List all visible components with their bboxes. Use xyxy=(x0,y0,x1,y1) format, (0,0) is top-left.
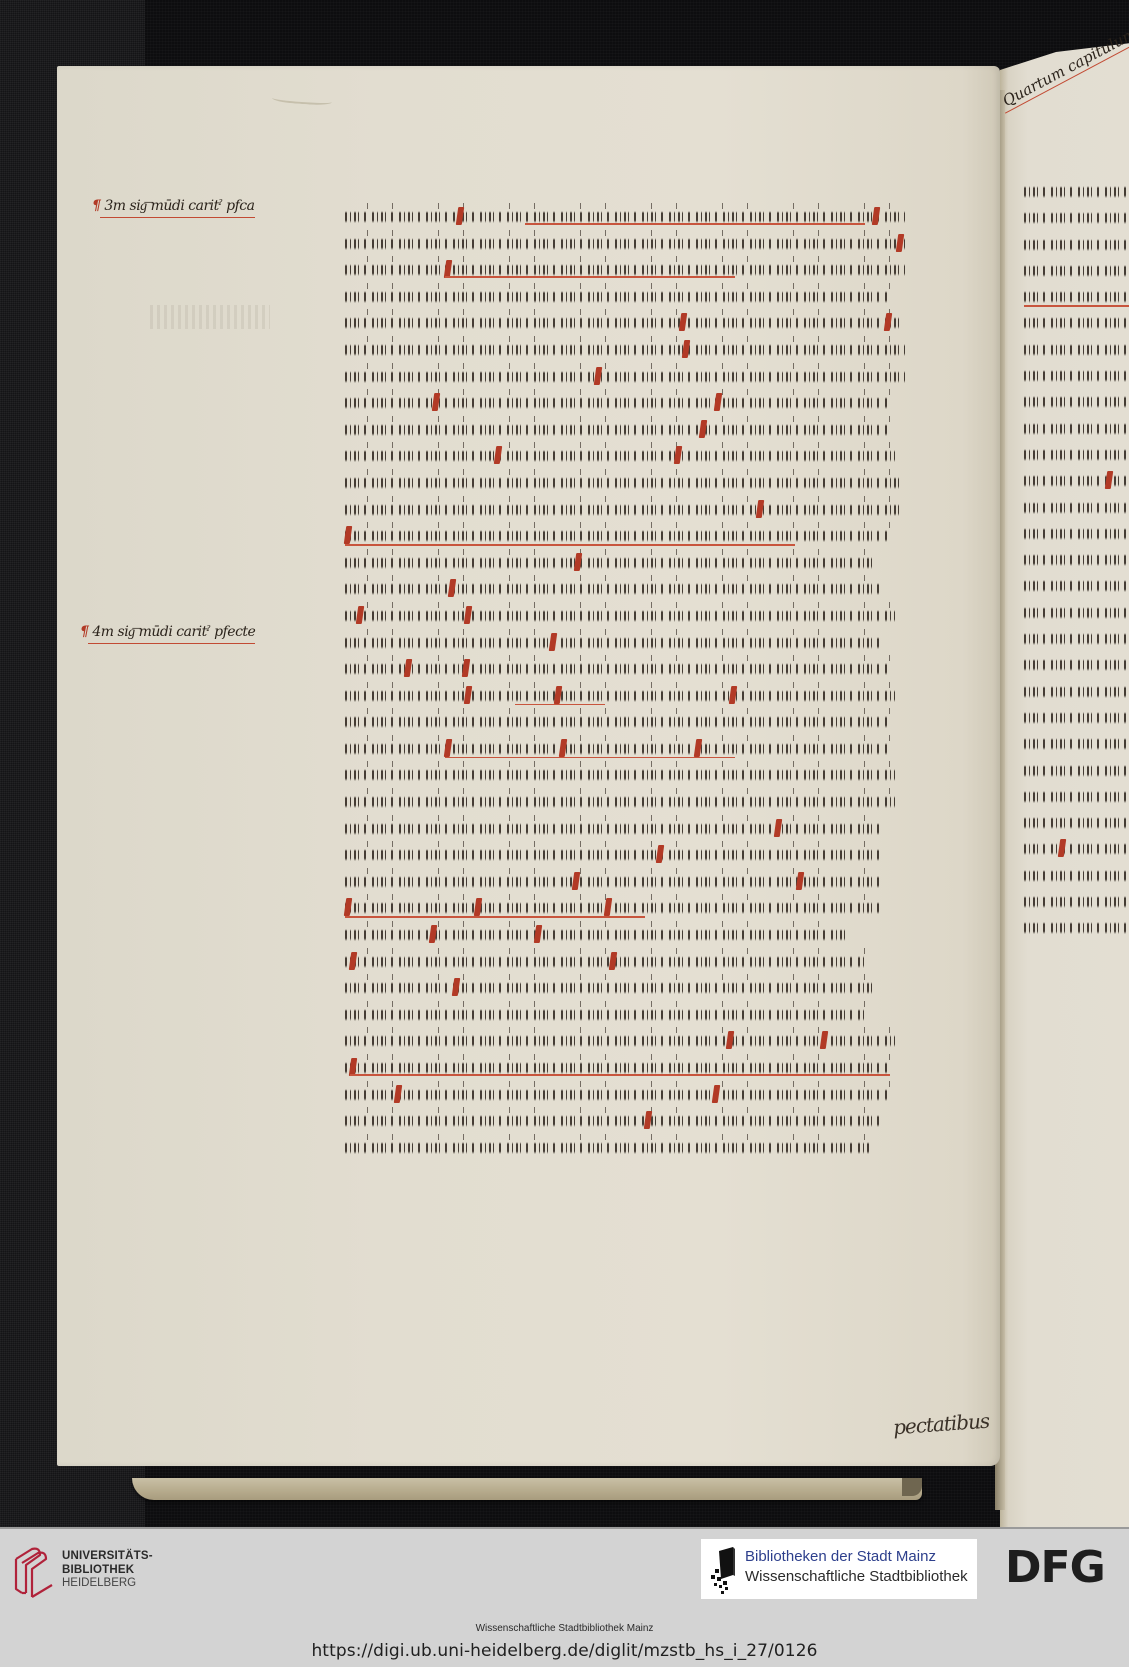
text-line xyxy=(345,921,945,948)
page-fore-edge xyxy=(132,1478,922,1500)
text-line xyxy=(345,841,945,868)
marginal-note-script: 3m sig͞ mūdi caritˀ pfca xyxy=(104,198,254,214)
text-line xyxy=(345,336,945,363)
ub-line-2: BIBLIOTHEK xyxy=(62,1564,153,1578)
mainz-line-2: Wissenschaftliche Stadtbibliothek xyxy=(745,1568,968,1585)
text-line xyxy=(345,788,945,815)
text-line xyxy=(345,1054,945,1081)
text-line xyxy=(345,682,945,709)
manuscript-text-block xyxy=(345,203,945,1160)
ub-heidelberg-text: UNIVERSITÄTS- BIBLIOTHEK HEIDELBERG xyxy=(62,1550,153,1591)
text-line xyxy=(345,575,945,602)
paragraph-mark: ¶ xyxy=(92,198,100,214)
text-line xyxy=(345,256,945,283)
ub-line-3: HEIDELBERG xyxy=(62,1577,153,1591)
text-line xyxy=(345,1107,945,1134)
marginal-note-script: 4m sig͞ mūdi caritˀ pfecte xyxy=(92,624,255,640)
text-line xyxy=(345,629,945,656)
text-line xyxy=(345,230,945,257)
text-line xyxy=(345,868,945,895)
marginal-note-1: ¶ ¶ 3m sig. mundi caritatis perfecte 3m … xyxy=(92,198,255,215)
holding-institution-caption: Wissenschaftliche Stadtbibliothek Mainz xyxy=(0,1623,1129,1634)
text-line xyxy=(345,1027,945,1054)
text-line xyxy=(345,469,945,496)
text-line xyxy=(345,389,945,416)
red-underline xyxy=(100,217,255,219)
text-line xyxy=(345,655,945,682)
text-line xyxy=(345,203,945,230)
faded-marginal-note xyxy=(150,305,270,329)
text-line xyxy=(345,1081,945,1108)
red-underline xyxy=(88,643,255,645)
text-line xyxy=(345,974,945,1001)
permalink-url[interactable]: https://digi.ub.uni-heidelberg.de/diglit… xyxy=(0,1641,1129,1661)
text-line xyxy=(345,363,945,390)
ub-heidelberg-books-icon xyxy=(12,1543,62,1599)
text-line xyxy=(345,1134,945,1161)
mainz-line-1: Bibliotheken der Stadt Mainz xyxy=(745,1548,936,1565)
marginal-note-2: ¶ ¶ 4m sig. mundi caritatis perfecte 4m … xyxy=(80,624,255,641)
text-line xyxy=(345,416,945,443)
paragraph-mark: ¶ xyxy=(80,624,88,640)
text-line xyxy=(345,735,945,762)
ub-line-1: UNIVERSITÄTS- xyxy=(62,1550,153,1564)
mainz-library-logo[interactable]: Bibliotheken der Stadt Mainz Wissenschaf… xyxy=(701,1539,977,1599)
text-line xyxy=(345,309,945,336)
text-line xyxy=(345,496,945,523)
text-line xyxy=(345,283,945,310)
text-line xyxy=(345,948,945,975)
text-line xyxy=(345,708,945,735)
dfg-logo[interactable]: DFG xyxy=(1005,1546,1105,1590)
text-line xyxy=(345,894,945,921)
text-line xyxy=(345,549,945,576)
text-line xyxy=(345,761,945,788)
text-line xyxy=(345,442,945,469)
text-line xyxy=(345,815,945,842)
text-line xyxy=(345,1001,945,1028)
facing-page-text xyxy=(1024,178,1129,941)
book-pixel-icon xyxy=(709,1545,739,1597)
text-line xyxy=(345,522,945,549)
text-line xyxy=(345,602,945,629)
